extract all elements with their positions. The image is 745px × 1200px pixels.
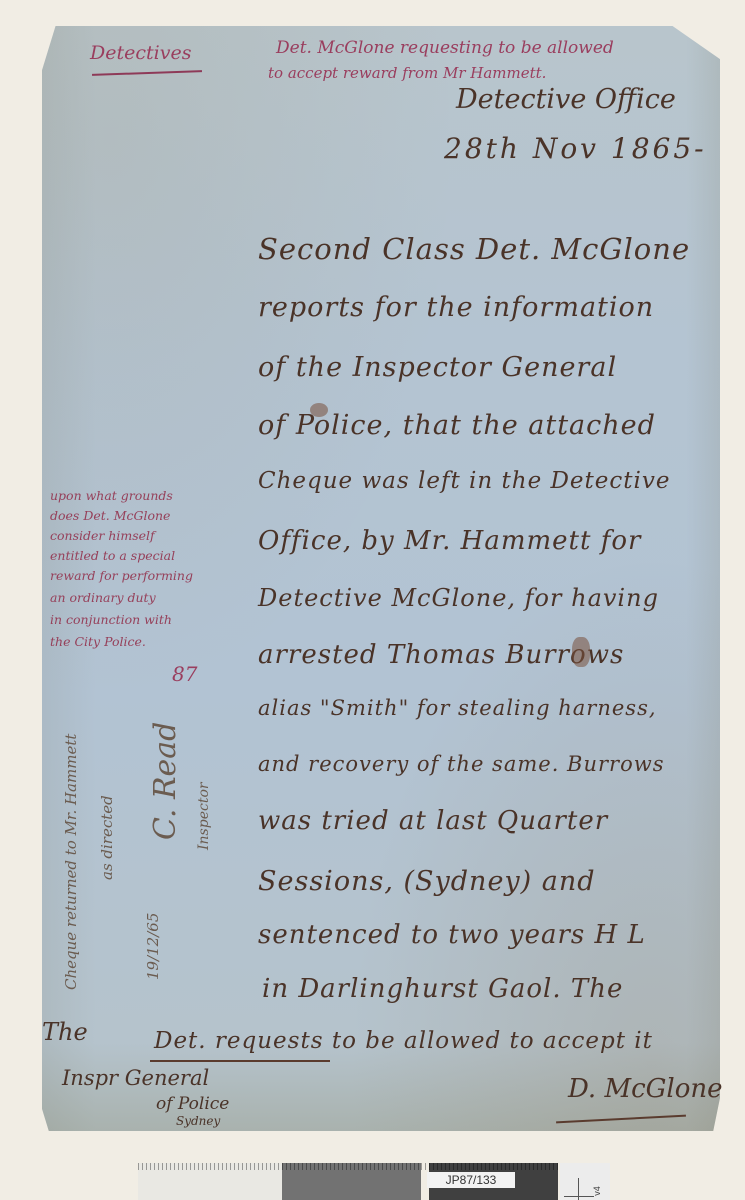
margin-note-line: an ordinary duty xyxy=(50,590,156,605)
letter-date: 28th Nov 1865- xyxy=(444,132,707,165)
catalogue-reference-label: JP87/133 xyxy=(427,1172,515,1188)
folio-number: 87 xyxy=(172,662,197,686)
body-line: Detective McGlone, for having xyxy=(258,584,659,612)
margin-note-line: consider himself xyxy=(50,528,155,543)
margin-note-line: does Det. McGlone xyxy=(50,508,170,523)
body-line: and recovery of the same. Burrows xyxy=(258,752,664,776)
crosshair-mark xyxy=(564,1196,594,1197)
body-line: reports for the information xyxy=(258,292,654,323)
docket-summary-line1: Det. McGlone requesting to be allowed xyxy=(276,38,614,58)
margin-note-line: in conjunction with xyxy=(50,612,172,627)
body-line: Cheque was left in the Detective xyxy=(258,468,670,494)
location-heading: Detective Office xyxy=(456,84,676,115)
request-underline xyxy=(150,1060,330,1062)
vertical-note-date: 19/12/65 xyxy=(144,913,162,980)
body-line: was tried at last Quarter xyxy=(258,806,608,836)
vertical-note-line1: Cheque returned to Mr. Hammett xyxy=(62,734,80,990)
scale-segment-white xyxy=(560,1163,610,1200)
body-line: Office, by Mr. Hammett for xyxy=(258,526,641,556)
vertical-note-line2: as directed xyxy=(98,795,116,880)
margin-note-line: entitled to a special xyxy=(50,548,175,563)
docket-summary-line2: to accept reward from Mr Hammett. xyxy=(268,64,546,82)
addressee-line3: of Police xyxy=(156,1094,229,1114)
addressee-line1: The xyxy=(42,1018,88,1046)
margin-note-line: reward for performing xyxy=(50,568,193,583)
body-line: in Darlinghurst Gaol. The xyxy=(262,974,623,1004)
margin-note-line: upon what grounds xyxy=(50,488,173,503)
scale-segment-light xyxy=(138,1163,282,1200)
docket-label: Detectives xyxy=(90,42,191,64)
ink-blot xyxy=(310,403,328,417)
body-line: sentenced to two years H L xyxy=(258,920,646,950)
scale-segment-mid xyxy=(282,1163,421,1200)
body-line: Det. requests to be allowed to accept it xyxy=(154,1028,653,1054)
addressee-line4: Sydney xyxy=(176,1114,220,1128)
inspector-signature: C. Read xyxy=(148,722,183,840)
author-signature: D. McGlone xyxy=(568,1074,723,1104)
inspector-title: Inspector xyxy=(196,782,212,850)
body-line: of the Inspector General xyxy=(258,352,617,383)
margin-note-line: the City Police. xyxy=(50,634,146,649)
body-line: arrested Thomas Burrows xyxy=(258,640,624,670)
corner-mark: v4 xyxy=(592,1186,602,1196)
body-line: alias "Smith" for stealing harness, xyxy=(258,696,657,720)
body-line: Second Class Det. McGlone xyxy=(258,232,690,266)
addressee-line2: Inspr General xyxy=(62,1066,209,1090)
body-line: Sessions, (Sydney) and xyxy=(258,866,596,897)
ink-blot xyxy=(572,637,590,667)
